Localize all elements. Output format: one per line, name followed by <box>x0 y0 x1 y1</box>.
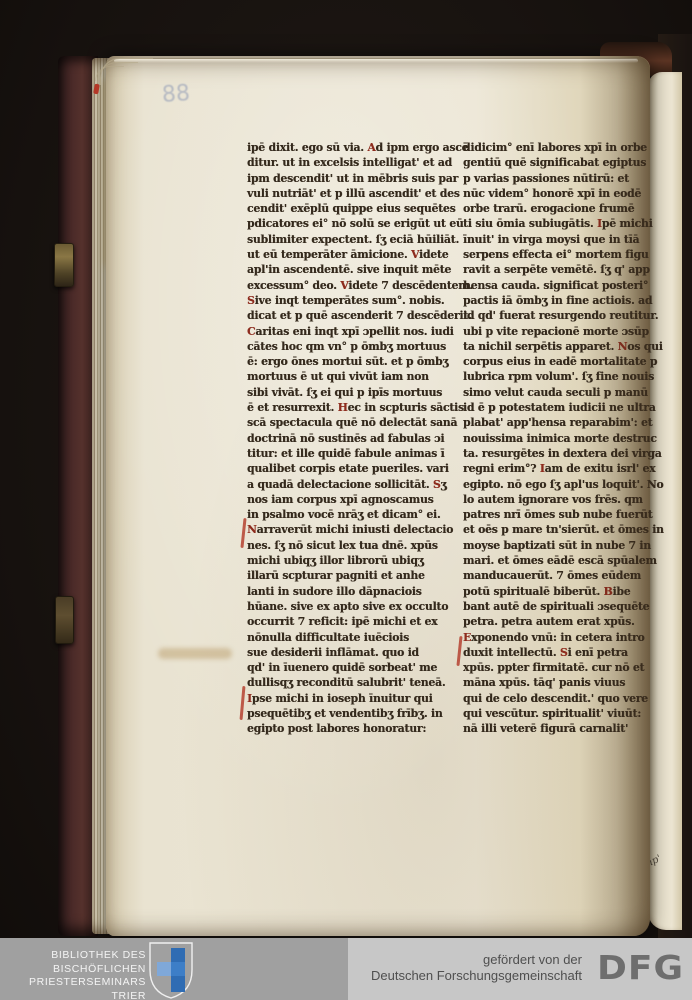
manuscript-line: nōnulla difficultate iuēciois <box>247 630 463 645</box>
dfg-logo: DFG <box>597 950 684 988</box>
manuscript-line: manducauerūt. 7 ōmes eūdem <box>463 568 675 583</box>
funding-credit: gefördert von der Deutschen Forschungsge… <box>371 952 582 984</box>
manuscript-line: potū spiritualē biberūt. Bibe <box>463 584 675 599</box>
manuscript-line: apl'in ascendentē. sive inquit mēte <box>247 262 463 277</box>
manuscript-line: lubrica rpm volum'. ſʒ fine nouis <box>463 369 675 384</box>
manuscript-line: excessum° deo. Videte 7 descēdentem. <box>247 278 463 293</box>
manuscript-line: corpus eius in eadē mortalitate p <box>463 354 675 369</box>
manuscript-line: īnuit' in virga moysi que in tīā <box>463 232 675 247</box>
manuscript-line: nūc videm° honorē xpī in eodē <box>463 186 675 201</box>
manuscript-line: dullisqʒ reconditū salubrit' teneā. <box>247 675 463 690</box>
manuscript-line: patres nrī ōmes sub nube fuerūt <box>463 507 675 522</box>
manuscript-line: a quadā delectacione sollicitāt. Sʒ <box>247 477 463 492</box>
manuscript-line: regni erim°? Iam de exitu isrl' ex <box>463 461 675 476</box>
manuscript-line: doctrinā nō sustinēs ad fabulas ɔi <box>247 431 463 446</box>
manuscript-line: occurrit 7 reficit: ipē michi et ex <box>247 614 463 629</box>
manuscript-line: vuli nutriāt' et p illū ascendit' et des <box>247 186 463 201</box>
manuscript-line: ē et resurrexit. Hec in scpturis sāctis <box>247 400 463 415</box>
digitized-manuscript-photo: Amp' 88 ipē dixit. ego sū via. Ad ipm er… <box>0 0 692 1000</box>
manuscript-line: hūane. sive ex apto sive ex occulto <box>247 599 463 614</box>
manuscript-line: ta. resurgētes in dextera dei virga <box>463 446 675 461</box>
manuscript-line: nouissima inimica morte destruc <box>463 431 675 446</box>
manuscript-line: Ipse michi in ioseph īnuitur qui <box>247 691 463 706</box>
manuscript-line: michi ubiqʒ illor librorū ubiqʒ <box>247 553 463 568</box>
rubric-flourish <box>240 686 246 720</box>
manuscript-line: xpūs. ppter firmitatē. cur nō et <box>463 660 675 675</box>
clasp-fitting-icon <box>54 243 74 287</box>
library-name-line: BISCHÖFLICHEN <box>8 963 146 977</box>
manuscript-line: orbe trarū. erogacione frumē <box>463 201 675 216</box>
manuscript-line: qd' in īuenero quidē sorbeat' me <box>247 660 463 675</box>
manuscript-line: hensa cauda. significat posteri° <box>463 278 675 293</box>
manuscript-line: bant autē de spirituali ɔsequēte <box>463 599 675 614</box>
manuscript-line: sibi vivāt. ſʒ ei qui p ipīs mortuus <box>247 385 463 400</box>
manuscript-line: titur: et ille quidē fabule animas ī <box>247 446 463 461</box>
manuscript-line: ipm descendit' ut in mēbris suis par <box>247 171 463 186</box>
manuscript-line: sue desiderii inflāmat. quo id <box>247 645 463 660</box>
footer-banner: BIBLIOTHEK DES BISCHÖFLICHEN PRIESTERSEM… <box>0 938 692 1000</box>
manuscript-line: lo autem ignorare vos frēs. qm <box>463 492 675 507</box>
manuscript-line: et oēs p mare tn'sierūt. et ōmes in <box>463 522 675 537</box>
library-shield-cross-icon <box>147 940 195 1000</box>
funding-credit-line: gefördert von der <box>371 952 582 968</box>
manuscript-line: ti siu ōmia subiugātis. Ipē michi <box>463 216 675 231</box>
folio-number: 88 <box>161 81 191 108</box>
manuscript-line: qui de celo descendit.' quo vere <box>463 691 675 706</box>
manuscript-line: gentiū quē significabat egiptus <box>463 155 675 170</box>
manuscript-line: pactis iā ōmbʒ in fine actiois. ad <box>463 293 675 308</box>
dfg-banner: gefördert von der Deutschen Forschungsge… <box>348 938 692 1000</box>
manuscript-line: mortuus ē ut qui vivūt iam non <box>247 369 463 384</box>
page-top-edge <box>114 58 638 63</box>
manuscript-line: ubi p vite repacionē morte ɔsūp <box>463 324 675 339</box>
manuscript-page: 88 ipē dixit. ego sū via. Ad ipm ergo as… <box>106 56 650 936</box>
manuscript-line: mari. et ōmes eādē escā spūalem <box>463 553 675 568</box>
manuscript-line: ravit a serpēte vemētē. ſʒ q' app <box>463 262 675 277</box>
manuscript-line: qui vescūtur. spiritualit' viuūt: <box>463 706 675 721</box>
manuscript-line: pdicatores ei° nō solū se erigūt ut eū <box>247 216 463 231</box>
manuscript-line: egipto post labores honoratur: <box>247 721 463 736</box>
manuscript-line: id qd' fuerat resurgendo reutitur. <box>463 308 675 323</box>
manuscript-line: nā illi veterē figurā carnalit' <box>463 721 675 736</box>
manuscript-line: nes. ſʒ nō sicut lex tua dnē. xpūs <box>247 538 463 553</box>
manuscript-line: cātes hoc qm vn° p ōmbʒ mortuus <box>247 339 463 354</box>
manuscript-line: Caritas eni inqt xpī ɔpellit nos. iudi <box>247 324 463 339</box>
manuscript-line: ditur. ut in excelsis intelligat' et ad <box>247 155 463 170</box>
manuscript-line: ta nichil serpētis apparet. Nos qui <box>463 339 675 354</box>
library-name-line: PRIESTERSEMINARS TRIER <box>8 976 146 1000</box>
manuscript-line: nos iam corpus xpī agnoscamus <box>247 492 463 507</box>
erased-margin-note <box>158 648 232 659</box>
manuscript-line: qualibet corpis etate pueriles. vari <box>247 461 463 476</box>
manuscript-line: plabat' app'hensa reparabim': et <box>463 415 675 430</box>
manuscript-line: cendit' exēplū quippe eius sequētes <box>247 201 463 216</box>
manuscript-line: psequētibʒ et vendentibʒ frībʒ. in <box>247 706 463 721</box>
clasp-fitting-icon <box>55 596 74 644</box>
manuscript-line: simo velut cauda seculi p manū <box>463 385 675 400</box>
manuscript-line: serpens effecta ei° mortem figu <box>463 247 675 262</box>
manuscript-line: dicat et p quē ascenderit 7 descēderit. <box>247 308 463 323</box>
manuscript-line: illarū scpturar pagniti et anhe <box>247 568 463 583</box>
manuscript-line: didicim° enī labores xpī in orbe <box>463 140 675 155</box>
manuscript-line: ē: ergo ōnes mortui sūt. et p ōmbʒ <box>247 354 463 369</box>
funding-credit-line: Deutschen Forschungsgemeinschaft <box>371 968 582 984</box>
manuscript-line: ipē dixit. ego sū via. Ad ipm ergo ascē <box>247 140 463 155</box>
manuscript-line: id ē p potestatem iudicii ne ultra <box>463 400 675 415</box>
manuscript-line: ut eū temperāter āmicione. Videte <box>247 247 463 262</box>
library-name-line: BIBLIOTHEK DES <box>8 949 146 963</box>
text-column-1: ipē dixit. ego sū via. Ad ipm ergo ascēd… <box>247 140 463 737</box>
manuscript-line: Sive inqt temperātes sum°. nobis. <box>247 293 463 308</box>
manuscript-line: egipto. nō ego ſʒ apl'us loquit'. No <box>463 477 675 492</box>
rubric-flourish <box>240 518 246 548</box>
manuscript-line: lanti in sudore illo dāpnaciois <box>247 584 463 599</box>
library-name: BIBLIOTHEK DES BISCHÖFLICHEN PRIESTERSEM… <box>8 949 146 1000</box>
manuscript-line: duxit intellectū. Si enī petra <box>463 645 675 660</box>
text-column-2: didicim° enī labores xpī in orbegentiū q… <box>463 140 675 737</box>
manuscript-line: Exponendo vnū: in cetera intro <box>463 630 675 645</box>
library-banner: BIBLIOTHEK DES BISCHÖFLICHEN PRIESTERSEM… <box>0 938 348 1000</box>
manuscript-line: scā spectacula quē nō delectāt sanā <box>247 415 463 430</box>
manuscript-line: Narraverūt michi iniusti delectacio <box>247 522 463 537</box>
manuscript-line: petra. petra autem erat xpūs. <box>463 614 675 629</box>
manuscript-line: sublimiter expectent. ſʒ eciā hūiliāt. <box>247 232 463 247</box>
manuscript-line: p varias passiones nūtirū: et <box>463 171 675 186</box>
manuscript-line: moyse baptizati sūt in nube 7 in <box>463 538 675 553</box>
manuscript-line: māna xpūs. tāq' panis viuus <box>463 675 675 690</box>
manuscript-line: in psalmo vocē nrāʒ et dicam° ei. <box>247 507 463 522</box>
